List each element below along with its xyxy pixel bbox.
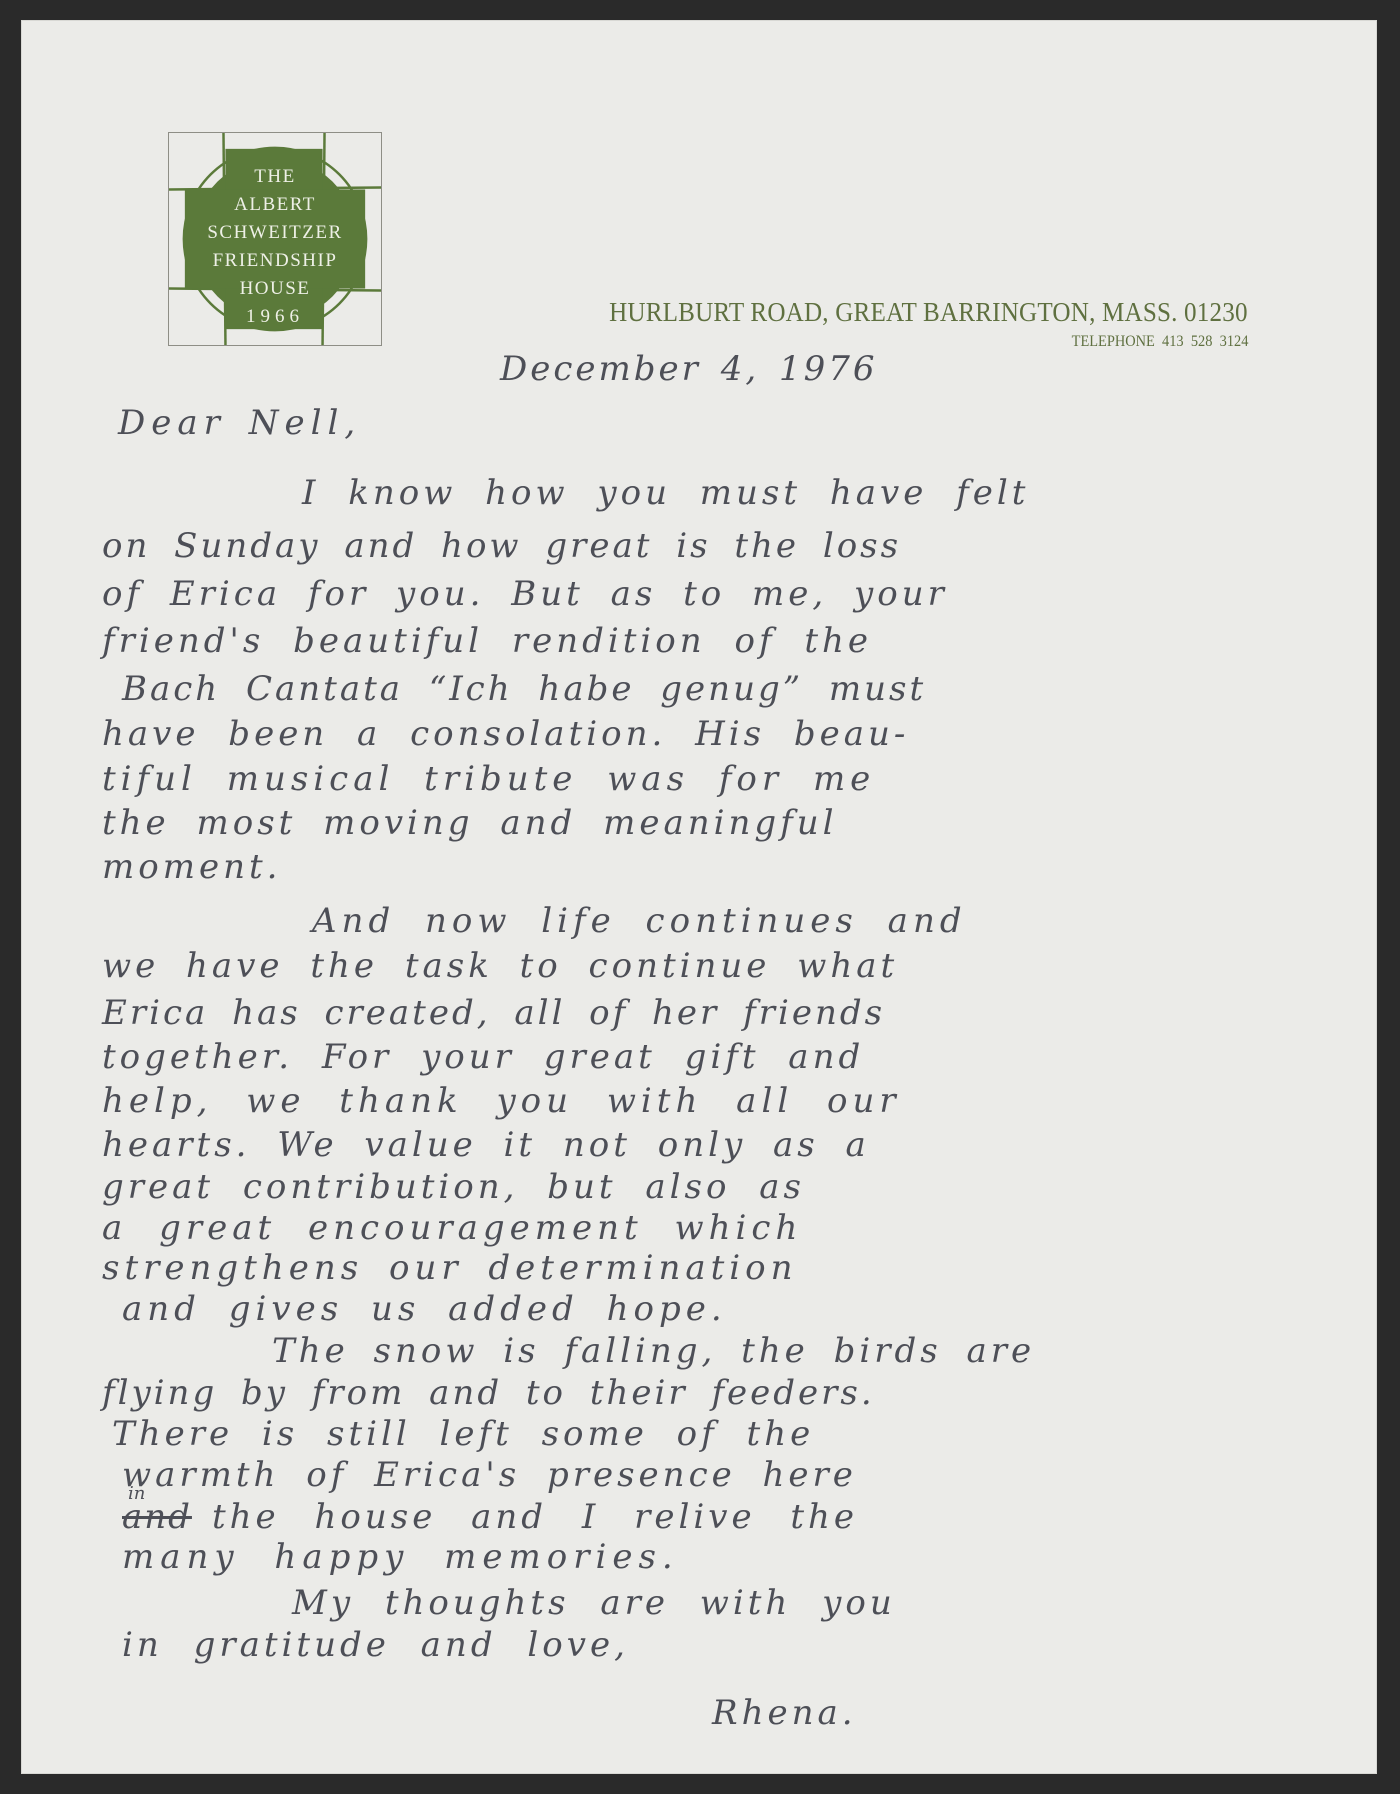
letter-salutation: Dear Nell,: [118, 403, 361, 443]
letter-line: the most moving and meaningful: [102, 803, 838, 843]
logo-text: THE ALBERT SCHWEITZER FRIENDSHIP HOUSE 1…: [169, 163, 381, 331]
logo-line-house: HOUSE: [169, 275, 381, 303]
letter-line: flying by from and to their feeders.: [102, 1373, 875, 1413]
letter-line: the house and I relive the: [212, 1497, 858, 1537]
letter-line: warmth of Erica's presence here: [122, 1455, 857, 1495]
letter-line: Erica has created, all of her friends: [102, 993, 885, 1033]
letter-line: of Erica for you. But as to me, your: [102, 574, 948, 614]
letter-line: in gratitude and love,: [122, 1625, 629, 1665]
letter-line: and gives us added hope.: [122, 1289, 727, 1329]
letterhead-telephone: TELEPHONE 413 528 3124: [1071, 333, 1248, 351]
letter-line: great contribution, but also as: [102, 1167, 805, 1207]
letter-line: together. For your great gift and: [102, 1037, 864, 1077]
letter-line: My thoughts are with you: [292, 1583, 896, 1623]
letter-line: many happy memories.: [122, 1537, 679, 1577]
logo-line-year: 1966: [169, 303, 381, 331]
letter-line: hearts. We value it not only as a: [102, 1125, 870, 1165]
letter-line: we have the task to continue what: [102, 946, 898, 986]
logo-line-schweitzer: SCHWEITZER: [169, 219, 381, 247]
letter-line: have been a consolation. His beau-: [102, 714, 909, 754]
letter-page: THE ALBERT SCHWEITZER FRIENDSHIP HOUSE 1…: [22, 21, 1376, 1773]
letter-line: strengthens our determination: [102, 1248, 798, 1288]
letter-line: The snow is falling, the birds are: [272, 1331, 1035, 1371]
signature: Rhena.: [712, 1693, 857, 1733]
letter-line: moment.: [102, 847, 281, 887]
letter-line: There is still left some of the: [112, 1414, 814, 1454]
letter-line: a great encouragement which: [102, 1208, 802, 1248]
logo-line-friendship: FRIENDSHIP: [169, 247, 381, 275]
letterhead-address: HURLBURT ROAD, GREAT BARRINGTON, MASS. 0…: [609, 297, 1248, 328]
letter-line: tiful musical tribute was for me: [102, 759, 875, 799]
struck-word: and: [122, 1497, 192, 1537]
letter-line: And now life continues and: [312, 901, 967, 941]
letter-line: Bach Cantata “Ich habe genug” must: [122, 669, 926, 709]
logo-line-albert: ALBERT: [169, 191, 381, 219]
letter-date: December 4, 1976: [500, 349, 878, 389]
letter-line: I know how you must have felt: [302, 473, 1029, 513]
letter-line: help, we thank you with all our: [102, 1081, 901, 1121]
schweitzer-friendship-house-logo: THE ALBERT SCHWEITZER FRIENDSHIP HOUSE 1…: [168, 132, 382, 346]
letter-line: on Sunday and how great is the loss: [102, 526, 901, 566]
letter-line: friend's beautiful rendition of the: [102, 621, 872, 661]
logo-line-the: THE: [169, 163, 381, 191]
